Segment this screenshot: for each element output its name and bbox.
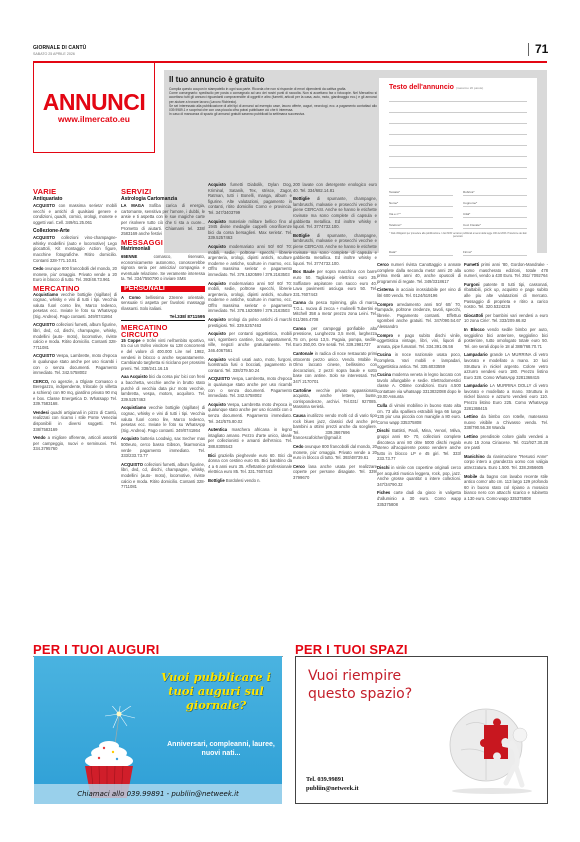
classified-ad: 65ENNE comasco, riservato, economicament…: [121, 254, 205, 282]
subsection-heading: Collezione-Arte: [33, 229, 117, 235]
puzzle-figure-icon: [446, 695, 538, 795]
band-title-spazi: PER I TUOI SPAZI: [295, 642, 408, 657]
classified-ad: Acquisto Vespa, Lambretta moto d'epoca i…: [208, 402, 292, 424]
form-title-note: (massimo 20 parole): [456, 86, 483, 90]
classified-ad: Acquisto modernariato anni 50/ 60/ 70: m…: [208, 244, 292, 278]
masthead: GIORNALE DI CANTÙ SABATO 25 APRILE 2026: [33, 45, 86, 56]
column-servizi: SERVIZI Astrologia Cartomanzia LA MAGA S…: [121, 186, 205, 493]
column-4: 200 lavate con detergente enologico euro…: [293, 182, 377, 484]
classified-ad: ACQUISTO Vespa, Lambrette, moto d'epoca …: [33, 353, 117, 375]
section-heading: VARIE: [33, 189, 117, 195]
classified-ad: A Como bellissima 23enne orientale, sens…: [121, 295, 205, 312]
classified-ad: Acquisto veicoli usati auto, moto, furgo…: [208, 357, 292, 374]
classified-ad: Cedo ovunque 800 francobolli del mondo, …: [33, 266, 117, 283]
classified-ad: ACQUISTO collezioni vino-champagne- whis…: [33, 235, 117, 263]
classified-ad: LA MAGA Sofiba carica di energia, cartom…: [121, 203, 205, 237]
classified-ad: Compro arredamento anni 50/ 60/ 70, lamp…: [377, 302, 461, 330]
column-5: Cerco numeri rivista Canottaggio o annat…: [377, 262, 461, 510]
coupon-instructions: Il tuo annuncio è gratuito Compila quest…: [169, 75, 377, 116]
form-title: Testo dell'annuncio (massimo 20 parole): [389, 84, 527, 91]
coupon-paragraph: Se sei interessato alla pubblicazione di…: [169, 104, 377, 112]
classified-ad: Cucina moderna veneta in legno laccato c…: [377, 372, 461, 400]
form-fields: Testata* Rubrica* Nome* Cognome* Via e n…: [389, 185, 527, 229]
classified-ad: Box Baule per sopra macchina con barre e…: [293, 269, 377, 297]
classified-ad: Culla di vimini mobilino in buono stato …: [377, 403, 461, 425]
classified-ad: Dischi in vinile con copertine originali…: [377, 465, 461, 487]
column-6: Fumetti primi anni '80, Gordon-Mandrake …: [464, 262, 548, 505]
ad-text-line[interactable]: [389, 124, 527, 135]
annunci-logo: ANNUNCI www.ilmercato.eu: [33, 62, 155, 153]
section-heading: MERCATINO CIRCUITO: [121, 324, 205, 338]
ad-text-line[interactable]: [389, 146, 527, 157]
classified-ad: Acquisto fumetti Diabolik, Dylan Dog, Kr…: [208, 182, 292, 216]
ad-text-line[interactable]: [389, 102, 527, 113]
classified-ad: 15 Coppe e trofei vinti nell'ambito spor…: [121, 338, 205, 372]
classified-ad: Cisterna in acciaio inossidabile per vin…: [377, 287, 461, 298]
ad-text-line[interactable]: [389, 135, 527, 146]
spazi-contact: Tel. 039.99891 publiin@netweek.it: [306, 775, 359, 793]
classified-ad: Dischi Battisti, Paoli, Mina, Venori, Mi…: [377, 428, 461, 462]
classified-ad: CERCO, no agenzie, a Olgiate Comasco o B…: [33, 379, 117, 407]
classified-ad: Bici graziella pieghevole euro 60. Bici …: [208, 453, 292, 475]
section-heading: SERVIZI: [121, 189, 205, 195]
field-firma[interactable]: Firma*: [463, 245, 527, 256]
classified-ad: Aaa Acquisto bici da corsa piu' bici con…: [121, 374, 205, 402]
auguri-contact[interactable]: Chiamaci allo 039.99891 - publiin@netwee…: [34, 784, 282, 804]
classified-ad: Mobile da bagno con lavabo recente stile…: [464, 474, 548, 502]
classified-ad: Acquistiamo vecchie bottiglie (sigillate…: [33, 292, 117, 320]
field-telefono[interactable]: Telefono*: [389, 218, 453, 229]
classified-ad: Lettino da bimbo con rotelle, materasso …: [464, 414, 548, 431]
classified-ad: Cantonale in radica di noce restaurato p…: [293, 351, 377, 385]
classified-ad: Lampadario LA MURRINA DOLLY di vetro lav…: [464, 383, 548, 411]
field-cod-fiscale[interactable]: Cod. Fiscale*: [463, 218, 527, 229]
classified-ad: Acquistiamo vecchie bottiglie (sigillate…: [121, 405, 205, 433]
classified-ad: Compro e pago subito dischi vinile, ogge…: [377, 333, 461, 350]
classified-ad: Cartoline vecchie privato appassionato a…: [293, 388, 377, 410]
field-data[interactable]: Data*: [389, 245, 453, 256]
classified-ad: Canoa per campeggi gonfiabile alta press…: [293, 326, 377, 348]
classified-ad: ACQUISTO Vespa, Lambretta, moto d'epoca …: [208, 376, 292, 398]
spazi-email[interactable]: publiin@netweek.it: [306, 784, 359, 793]
field-nome[interactable]: Nome*: [389, 196, 453, 207]
ad-text-line[interactable]: [389, 113, 527, 124]
classified-ad: Acquisto materiale militare bellico fino…: [208, 219, 292, 241]
classified-ad: ACQUISTO collezioni fumetti, album figur…: [33, 322, 117, 350]
classified-ad: Fiches carte dadi da gioco in valigetta …: [377, 490, 461, 507]
coupon-paragraph: In caso di mancanza di spazio gli annunc…: [169, 112, 377, 116]
classified-ad: Vendesi quadri artigianali in pizzo di C…: [33, 410, 117, 432]
ad-text-line[interactable]: [389, 168, 527, 179]
classified-ad: Cucina in noce nazionale usata poco, com…: [377, 352, 461, 369]
classified-ad: Bottiglie di spumante, champagne, lambru…: [293, 233, 377, 267]
classified-ad: Lettino prendisole colore giallo vendesi…: [464, 434, 548, 451]
section-heading-bar: PERSONALI: [121, 286, 205, 292]
classified-ad: Bottiglie di spumante, champagne, lambru…: [293, 196, 377, 230]
phone-number: Tel.338/ 8711595: [121, 314, 205, 321]
field-testata[interactable]: Testata*: [389, 185, 453, 196]
classified-ad: Acquisto modernariato anni 50/ 60/ 70: m…: [208, 281, 292, 315]
field-via[interactable]: Via e n°*: [389, 207, 453, 218]
auguri-subline: Anniversari, compleanni, lauree, nuovi n…: [162, 741, 280, 758]
classified-ad: In Blocco vendo sedile bimbo per auto, s…: [464, 327, 548, 349]
classified-ad: Acquisto per contanti oggettistica, mobi…: [208, 331, 292, 353]
classified-ad: 200 lavate con detergente enologico euro…: [293, 182, 377, 193]
ad-text-line[interactable]: [389, 91, 527, 102]
classified-ad: Cerco lana anche usata per realizzare co…: [293, 464, 377, 481]
field-rubrica[interactable]: Rubrica*: [463, 185, 527, 196]
coupon-paragraph: Come consegnarlo: spediscilo per posta o…: [169, 91, 377, 104]
classified-ad: Lampadario grande LA MURRINA di vetro la…: [464, 352, 548, 380]
classified-ad: Acquisto batteria Loodwig, sax Secher ma…: [121, 436, 205, 458]
column-varie: VARIE Antiquariato ACQUISTO con massima …: [33, 186, 117, 455]
column-3: Acquisto fumetti Diabolik, Dylan Dog, Kr…: [208, 182, 292, 487]
spazi-phone[interactable]: Tel. 039.99891: [306, 775, 359, 784]
classified-ad: Cerco numeri rivista Canottaggio o annat…: [377, 262, 461, 284]
classified-ad: Cedo ovunque 800 francobolli dal mondo, …: [293, 444, 377, 461]
field-citta[interactable]: Città*: [463, 207, 527, 218]
auguri-headline: Vuoi pubblicare i tuoi auguri sul giorna…: [152, 670, 280, 712]
privacy-disclaimer: * Dati obbligatori per procedere alla pu…: [389, 233, 527, 239]
logo-url[interactable]: www.ilmercato.eu: [58, 114, 130, 124]
form-title-text: Testo dell'annuncio: [389, 84, 454, 91]
coupon-title: Il tuo annuncio è gratuito: [169, 75, 377, 84]
classified-ad: Fumetti primi anni '80, Gordon-Mandrake …: [464, 262, 548, 279]
subsection-heading: Antiquariato: [33, 197, 117, 203]
classified-ad: ACQUISTO collezioni fumetti, album figur…: [121, 462, 205, 490]
subsection-heading: Matrimoniali: [121, 247, 205, 253]
classified-ad: Acquisto orologi da polso antichi di mar…: [208, 317, 292, 328]
page-number: 71: [528, 43, 548, 56]
field-cognome[interactable]: Cognome*: [463, 196, 527, 207]
coupon-form: Testo dell'annuncio (massimo 20 parole) …: [379, 78, 537, 253]
section-heading: MESSAGGI: [121, 240, 205, 246]
classified-ad: Manichino da rianimazione "Resusci Anne"…: [464, 454, 548, 471]
classified-ad: Giocattoli per bambini vari vendesi a eu…: [464, 313, 548, 324]
classified-ad: Autentica maschera africana in legno int…: [208, 427, 292, 449]
classified-ad: Furgoni patente B tutti tipi, cassonati,…: [464, 282, 548, 310]
classified-ad: Bottiglie Bordolesi vendo n.: [208, 478, 292, 484]
classified-ad: Causa inutilizzo vendo molti cd di vario…: [293, 413, 377, 441]
form-sign-fields: Data* Firma*: [389, 245, 527, 256]
logo-title: ANNUNCI: [43, 91, 146, 113]
band-title-auguri: PER I TUOI AUGURI: [33, 642, 159, 657]
classified-ad: ACQUISTO con massima serieta' mobili vec…: [33, 203, 117, 225]
issue-date: SABATO 25 APRILE 2026: [33, 52, 86, 56]
classified-ad: Canna da pesca Spinning, gila di marca T…: [293, 300, 377, 322]
classified-ad: Vendo a migliore offerente, articoli ass…: [33, 435, 117, 452]
ad-text-line[interactable]: [389, 157, 527, 168]
spazi-headline: Vuoi riempire questo spazio?: [308, 667, 418, 703]
auguri-advert[interactable]: Vuoi pubblicare i tuoi auguri sul giorna…: [34, 656, 282, 804]
subsection-heading: Astrologia Cartomanzia: [121, 197, 205, 203]
spazi-advert[interactable]: Vuoi riempire questo spazio? Tel. 039.99…: [295, 656, 548, 804]
newspaper-name: GIORNALE DI CANTÙ: [33, 45, 86, 51]
